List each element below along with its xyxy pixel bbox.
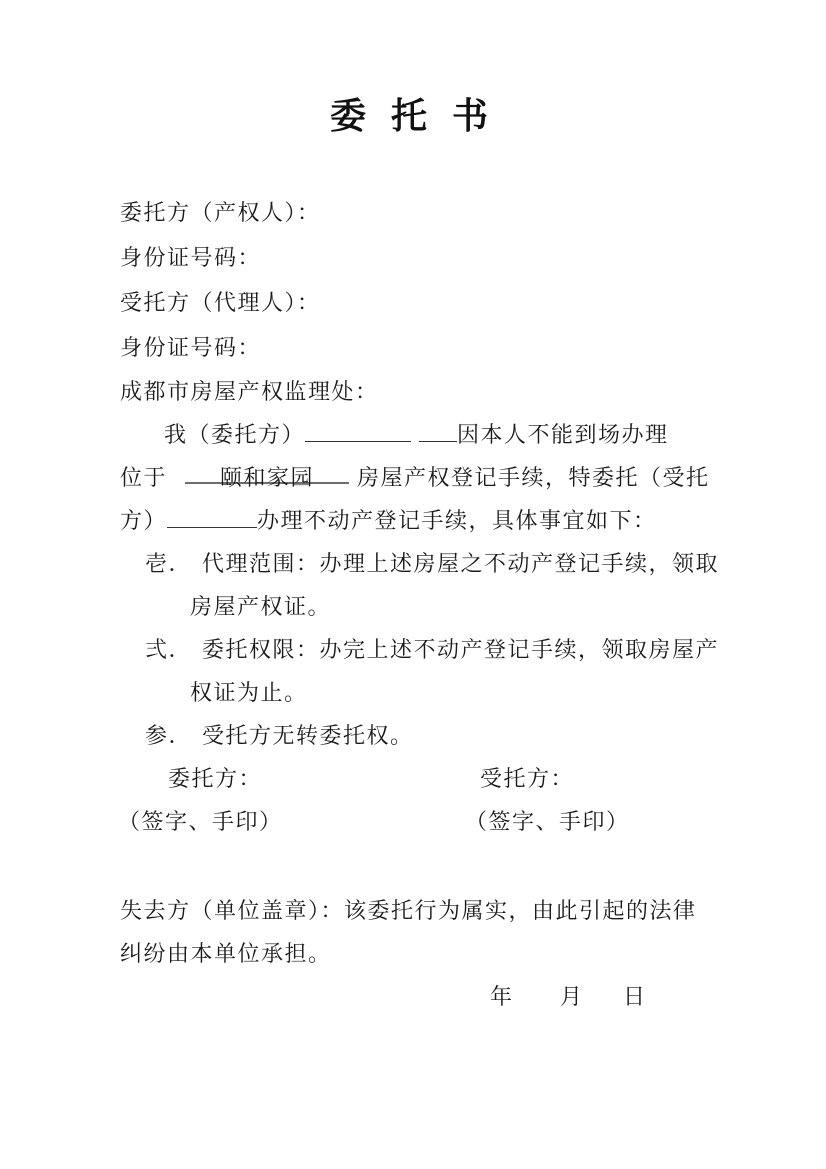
signature-titles-row: 委托方： 受托方： — [120, 757, 710, 800]
blank-agent-name — [167, 503, 257, 528]
date-line: 年 月 日 — [120, 975, 710, 1018]
document-title: 委 托 书 — [0, 92, 826, 140]
principal-signature-note: （签字、手印） — [118, 809, 283, 834]
body-line-3-post: 办理不动产登记手续，具体事宜如下： — [257, 508, 657, 533]
unit-statement-section: 失去方（单位盖章）：该委托行为属实，由此引起的法律 纠纷由本单位承担。 — [120, 889, 710, 975]
item-3-text: 受托方无转委托权。 — [202, 723, 414, 748]
date-day-label: 日 — [623, 975, 647, 1018]
principal-label: 委托方（产权人）： — [120, 200, 321, 225]
item-3-line-1: 参．受托方无转委托权。 — [120, 714, 710, 757]
property-name-value: 颐和家园 — [220, 465, 314, 490]
agent-signature-note: （签字、手印） — [465, 800, 630, 843]
salutation-text: 成都市房屋产权监理处： — [120, 379, 379, 404]
blank-principal-name — [305, 417, 411, 442]
item-1-line-2: 房屋产权证。 — [120, 585, 710, 628]
unit-statement-line-1: 失去方（单位盖章）：该委托行为属实，由此引起的法律 — [120, 889, 710, 932]
document-page: 委 托 书 委托方（产权人）： 身份证号码： 受托方（代理人）： 身份证号码： … — [0, 0, 826, 1169]
field-principal-id: 身份证号码： — [120, 235, 710, 280]
item-3-marker: 参． — [145, 723, 192, 748]
field-principal: 委托方（产权人）： — [120, 190, 710, 235]
agent-label: 受托方（代理人）： — [120, 290, 321, 315]
date-month-label: 月 — [560, 975, 584, 1018]
body-line-3: 方）办理不动产登记手续，具体事宜如下： — [120, 499, 710, 542]
item-1-line-1: 壱．代理范围：办理上述房屋之不动产登记手续，领取 — [120, 542, 710, 585]
blank-principal-name-2 — [419, 417, 457, 442]
field-agent-id: 身份证号码： — [120, 325, 710, 370]
item-2-text-cont: 权证为止。 — [190, 680, 308, 705]
unit-statement-line-2: 纠纷由本单位承担。 — [120, 932, 710, 975]
document-content: 委托方（产权人）： 身份证号码： 受托方（代理人）： 身份证号码： 成都市房屋产… — [0, 190, 826, 1018]
body-line-2: 位于颐和家园房屋产权登记手续，特委托（受托 — [120, 456, 710, 499]
body-line-2-pre: 位于 — [120, 465, 167, 490]
parties-section: 委托方（产权人）： 身份证号码： 受托方（代理人）： 身份证号码： — [120, 190, 710, 370]
body-line-3-pre: 方） — [120, 508, 167, 533]
signature-notes-row: （签字、手印） （签字、手印） — [120, 800, 710, 843]
item-1-marker: 壱． — [145, 551, 192, 576]
item-2-text: 委托权限：办完上述不动产登记手续，领取房屋产 — [202, 637, 719, 662]
agent-id-label: 身份证号码： — [120, 335, 261, 360]
item-2-line-1: 弍．委托权限：办完上述不动产登记手续，领取房屋产 — [120, 628, 710, 671]
body-line-1: 我（委托方）因本人不能到场办理 — [120, 413, 710, 456]
principal-id-label: 身份证号码： — [120, 245, 261, 270]
agent-signature-title: 受托方： — [480, 757, 574, 800]
salutation: 成都市房屋产权监理处： — [120, 370, 710, 413]
unit-statement-text-2: 纠纷由本单位承担。 — [120, 941, 332, 966]
unit-statement-text-1: 失去方（单位盖章）：该委托行为属实，由此引起的法律 — [120, 898, 697, 923]
body-line-1-post: 因本人不能到场办理 — [457, 422, 669, 447]
date-year-label: 年 — [490, 975, 514, 1018]
body-line-2-post: 房屋产权登记手续，特委托（受托 — [357, 465, 710, 490]
item-2-marker: 弍． — [145, 637, 192, 662]
field-agent: 受托方（代理人）： — [120, 280, 710, 325]
principal-signature-title: 委托方： — [168, 766, 262, 791]
blank-property-name: 颐和家园 — [185, 456, 349, 484]
body-line-1-pre: 我（委托方） — [164, 422, 305, 447]
item-1-text-cont: 房屋产权证。 — [190, 594, 331, 619]
item-2-line-2: 权证为止。 — [120, 671, 710, 714]
item-1-text: 代理范围：办理上述房屋之不动产登记手续，领取 — [202, 551, 719, 576]
